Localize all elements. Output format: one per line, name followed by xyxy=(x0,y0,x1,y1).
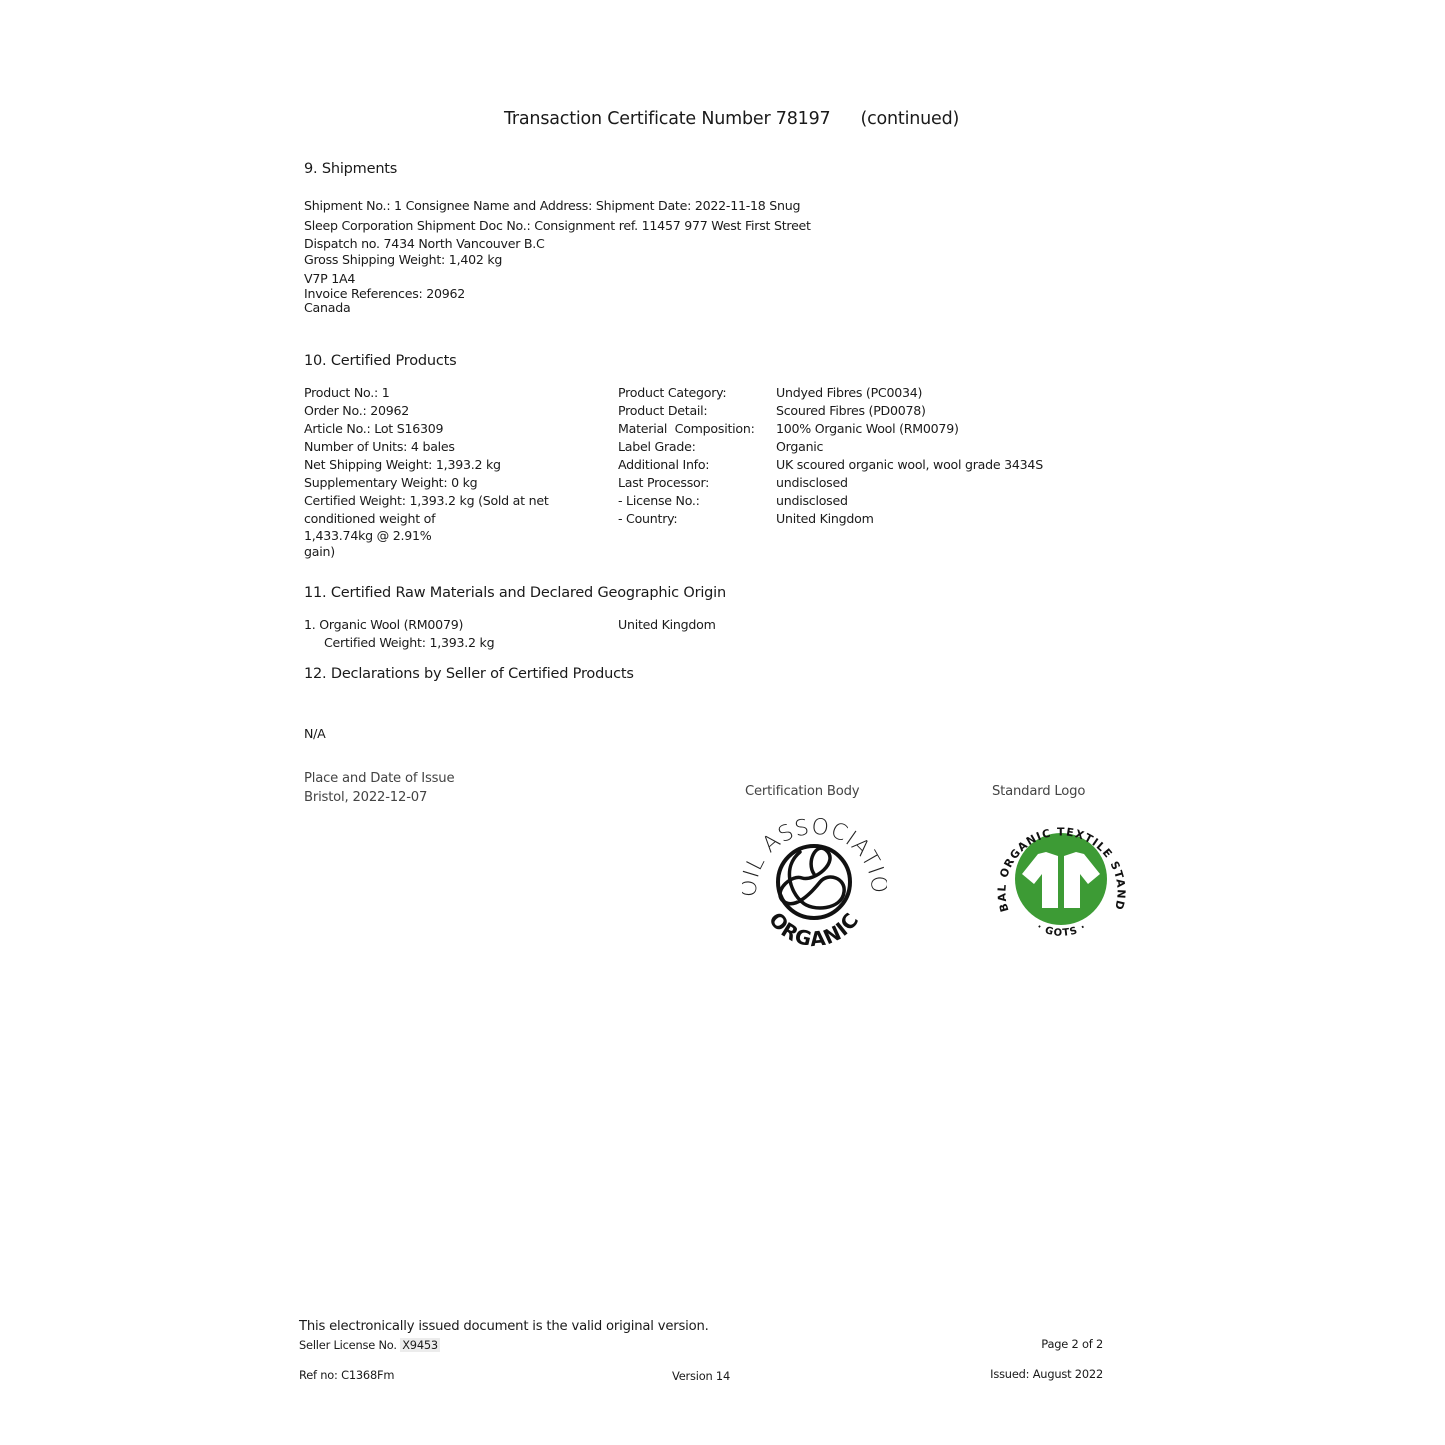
field-value: United Kingdom xyxy=(776,510,1043,528)
raw-materials-heading: 11. Certified Raw Materials and Declared… xyxy=(304,585,726,601)
shipment-line: Sleep Corporation Shipment Doc No.: Cons… xyxy=(304,216,811,236)
product-line: Product No.: 1 xyxy=(304,384,549,402)
field-label: - Country: xyxy=(618,510,755,528)
shipments-block-2: Dispatch no. 7434 North Vancouver B.C Gr… xyxy=(304,236,545,268)
product-field-values: Undyed Fibres (PC0034) Scoured Fibres (P… xyxy=(776,384,1043,528)
seller-license: Seller License No. X9453 xyxy=(299,1338,440,1352)
seller-license-label: Seller License No. xyxy=(299,1338,397,1352)
raw-material-weight: Certified Weight: 1,393.2 kg xyxy=(304,634,494,652)
gots-logo-icon: GLOBAL ORGANIC TEXTILE STANDARD · GOTS · xyxy=(994,812,1129,947)
valid-document-notice: This electronically issued document is t… xyxy=(299,1319,709,1334)
field-value: Organic xyxy=(776,438,1043,456)
product-line: conditioned weight of xyxy=(304,510,549,528)
shipments-heading: 9. Shipments xyxy=(304,161,397,177)
raw-material-item: 1. Organic Wool (RM0079) Certified Weigh… xyxy=(304,616,494,652)
product-line: Number of Units: 4 bales xyxy=(304,438,549,456)
soil-association-organic-logo-icon: SOIL ASSOCIATION ORGANIC xyxy=(742,812,887,957)
field-value: Undyed Fibres (PC0034) xyxy=(776,384,1043,402)
field-label: Last Processor: xyxy=(618,474,755,492)
shipment-line: Shipment No.: 1 Consignee Name and Addre… xyxy=(304,196,811,216)
version: Version 14 xyxy=(672,1369,730,1383)
declarations-text: N/A xyxy=(304,725,326,743)
seller-license-value: X9453 xyxy=(400,1338,440,1352)
field-value: undisclosed xyxy=(776,474,1043,492)
svg-text:ORGANIC: ORGANIC xyxy=(764,908,864,952)
product-line: Article No.: Lot S16309 xyxy=(304,420,549,438)
field-label: Product Detail: xyxy=(618,402,755,420)
continued-label: (continued) xyxy=(860,109,959,129)
certified-products-heading: 10. Certified Products xyxy=(304,353,456,369)
declarations-heading: 12. Declarations by Seller of Certified … xyxy=(304,666,634,682)
product-line: Certified Weight: 1,393.2 kg (Sold at ne… xyxy=(304,492,549,510)
shipments-block: Shipment No.: 1 Consignee Name and Addre… xyxy=(304,196,811,236)
field-value: Scoured Fibres (PD0078) xyxy=(776,402,1043,420)
issued-date: Issued: August 2022 xyxy=(990,1367,1103,1381)
field-value: undisclosed xyxy=(776,492,1043,510)
shipment-line: Dispatch no. 7434 North Vancouver B.C xyxy=(304,236,545,252)
raw-material-origin: United Kingdom xyxy=(618,616,716,634)
shipment-line: Canada xyxy=(304,301,465,316)
standard-logo-label: Standard Logo xyxy=(992,784,1085,799)
product-line: Supplementary Weight: 0 kg xyxy=(304,474,549,492)
issue-block: Place and Date of Issue Bristol, 2022-12… xyxy=(304,769,454,807)
field-label: Product Category: xyxy=(618,384,755,402)
field-label: Material Composition: xyxy=(618,420,755,438)
issue-label: Place and Date of Issue xyxy=(304,769,454,788)
certificate-title: Transaction Certificate Number 78197(con… xyxy=(504,109,959,129)
product-line: Order No.: 20962 xyxy=(304,402,549,420)
field-label: - License No.: xyxy=(618,492,755,510)
shipment-line: Gross Shipping Weight: 1,402 kg xyxy=(304,252,545,268)
certificate-number: Transaction Certificate Number 78197 xyxy=(504,109,830,129)
product-left-column: Product No.: 1 Order No.: 20962 Article … xyxy=(304,384,549,560)
product-line: gain) xyxy=(304,544,549,560)
field-value: UK scoured organic wool, wool grade 3434… xyxy=(776,456,1043,474)
certification-body-label: Certification Body xyxy=(745,784,859,799)
field-value: 100% Organic Wool (RM0079) xyxy=(776,420,1043,438)
shipments-block-3: V7P 1A4 Invoice References: 20962 Canada xyxy=(304,272,465,316)
field-label: Label Grade: xyxy=(618,438,755,456)
issue-value: Bristol, 2022-12-07 xyxy=(304,788,454,807)
raw-material-name: 1. Organic Wool (RM0079) xyxy=(304,616,494,634)
ref-number: Ref no: C1368Fm xyxy=(299,1368,394,1382)
page-number: Page 2 of 2 xyxy=(1041,1337,1103,1351)
shipment-line: V7P 1A4 xyxy=(304,272,465,287)
product-field-labels: Product Category: Product Detail: Materi… xyxy=(618,384,755,528)
field-label: Additional Info: xyxy=(618,456,755,474)
product-line: Net Shipping Weight: 1,393.2 kg xyxy=(304,456,549,474)
product-line: 1,433.74kg @ 2.91% xyxy=(304,528,549,544)
shipment-line: Invoice References: 20962 xyxy=(304,287,465,302)
